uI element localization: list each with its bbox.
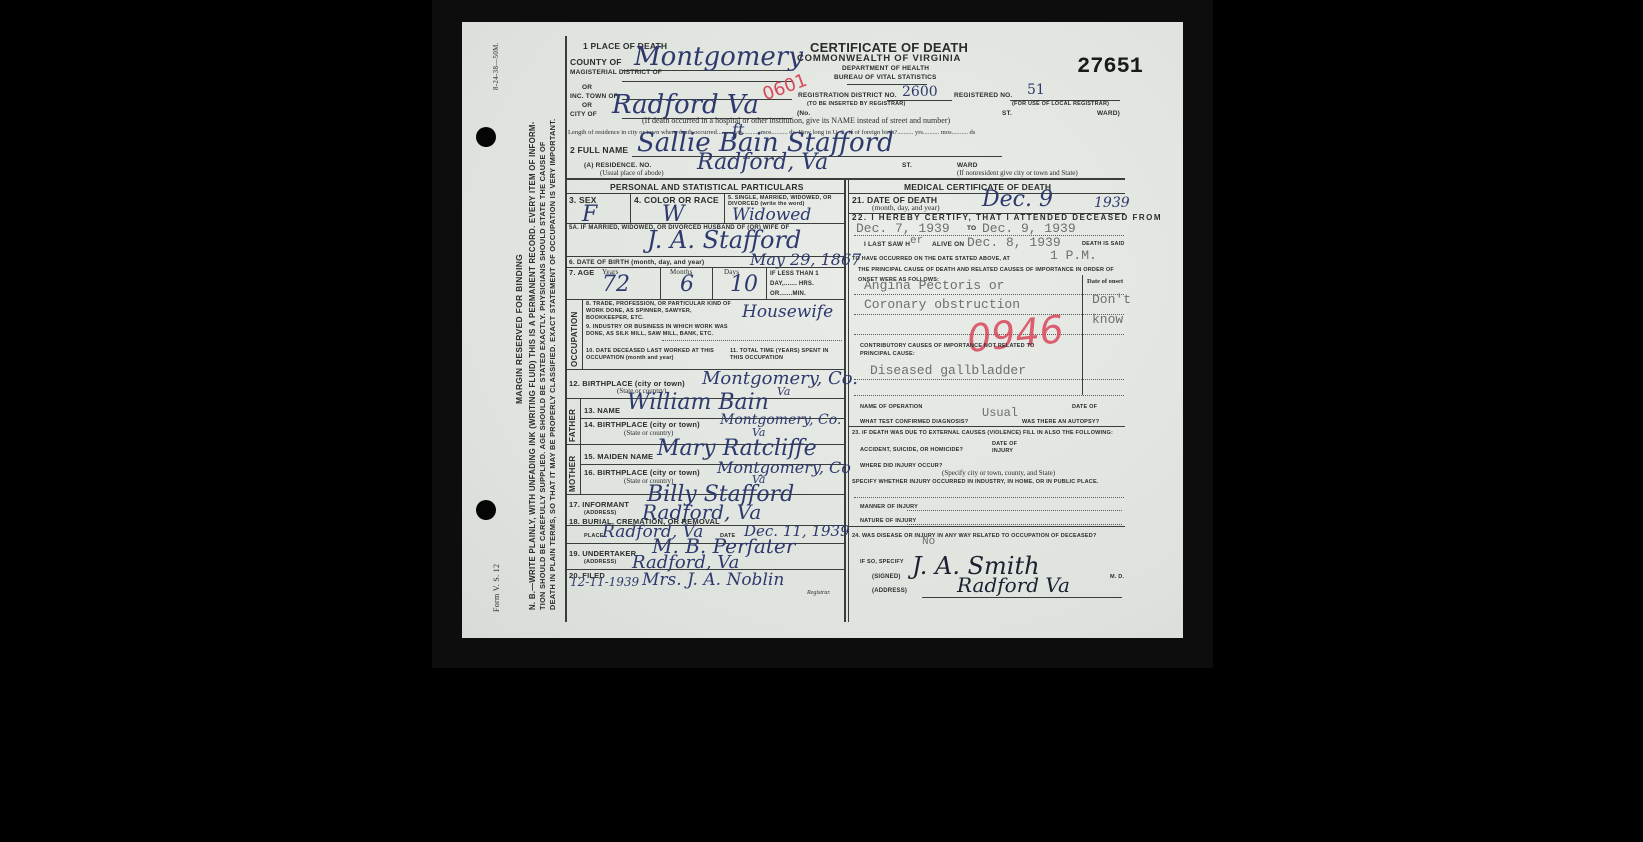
contributory-label: CONTRIBUTORY CAUSES OF IMPORTANCE NOT RE… <box>860 342 1060 358</box>
where-label: WHERE DID INJURY OCCUR? <box>860 463 943 469</box>
column-divider-2 <box>848 180 849 622</box>
cell-divider <box>724 193 725 223</box>
trade-value: Housewife <box>742 302 833 322</box>
address-value: Radford Va <box>957 573 1070 597</box>
row-rule <box>848 526 1125 527</box>
contributory-value: Diseased gallbladder <box>870 363 1026 378</box>
form-left-border <box>565 36 567 622</box>
occupation-related-label: 24. WAS DISEASE OR INJURY IN ANY WAY REL… <box>852 529 1122 543</box>
industry-label: 9. INDUSTRY OR BUSINESS IN WHICH WORK WA… <box>586 324 736 338</box>
or-label-2: OR <box>582 102 592 109</box>
st-label: ST. <box>1002 110 1012 117</box>
personal-header-rule <box>567 193 844 194</box>
last-worked-label: 10. DATE DECEASED LAST WORKED AT THIS OC… <box>586 348 716 362</box>
dotted-line <box>854 395 1124 396</box>
age-label: 7. AGE <box>569 268 595 277</box>
total-time-label: 11. TOTAL TIME (YEARS) SPENT IN THIS OCC… <box>730 348 840 362</box>
full-name-label: 2 FULL NAME <box>570 145 628 155</box>
mother-name-label: 15. MAIDEN NAME <box>584 452 653 461</box>
side-divider <box>582 299 583 369</box>
side-divider <box>580 444 581 494</box>
mother-birthplace-value: Montgomery, Co <box>717 458 851 477</box>
section-divider <box>567 178 1125 180</box>
instructions-line-3: DEATH IN PLAIN TERMS, SO THAT IT MAY BE … <box>548 119 557 611</box>
ward-label: WARD) <box>1097 110 1120 117</box>
undertaker-label: 19. UNDERTAKER <box>569 549 636 558</box>
onset-1: Don't <box>1092 292 1131 307</box>
industry-line <box>662 340 842 341</box>
address-label: (ADDRESS) <box>872 588 907 594</box>
dotted-line <box>854 379 1124 380</box>
hospital-note: (If death occurred in a hospital or othe… <box>642 116 950 125</box>
dotted-line <box>854 294 1124 295</box>
dotted-line <box>907 524 1122 525</box>
operation-date-label: DATE OF <box>1072 404 1097 410</box>
test-value: Usual <box>982 406 1018 420</box>
birthplace-state: Va <box>777 385 791 398</box>
county-label: COUNTY OF <box>570 57 622 67</box>
department: DEPARTMENT OF HEALTH <box>842 65 929 72</box>
registered-no-label: REGISTERED NO. <box>954 92 1012 99</box>
reg-district-note: (TO BE INSERTED BY REGISTRAR) <box>807 101 906 107</box>
county-value: Montgomery <box>634 42 803 72</box>
residence-st-label: ST. <box>902 162 912 169</box>
accident-label: ACCIDENT, SUICIDE, OR HOMICIDE? <box>860 447 963 453</box>
residence-ward-label: WARD <box>957 162 978 169</box>
burial-place-label: PLACE <box>584 533 604 539</box>
row-rule <box>848 426 1125 427</box>
personal-header: PERSONAL AND STATISTICAL PARTICULARS <box>610 182 804 192</box>
cell-divider <box>766 267 767 299</box>
residence-label: (A) RESIDENCE. NO. <box>584 162 652 169</box>
cell-divider <box>712 267 713 299</box>
registered-note: (FOR USE OF LOCAL REGISTRAR) <box>1012 101 1109 107</box>
magisterial-label: MAGISTERIAL DISTRICT OF <box>570 69 662 76</box>
dotted-line <box>907 510 1122 511</box>
occupation-related-value: No <box>922 536 935 548</box>
last-saw-label: I LAST SAW H <box>864 241 910 248</box>
if-so-label: IF SO, SPECIFY <box>860 559 904 565</box>
row-rule <box>567 299 844 300</box>
instructions-line-1: N. B.—WRITE PLAINLY, WITH UNFADING INK (… <box>528 121 537 610</box>
commonwealth: COMMONWEALTH OF VIRGINIA <box>797 53 961 64</box>
dod-year: 1939 <box>1094 195 1130 211</box>
city-label: CITY OF <box>570 111 597 118</box>
form-number: Form V. S. 12 <box>492 564 501 612</box>
occurred-label: TO HAVE OCCURRED ON THE DATE STATED ABOV… <box>852 256 1010 262</box>
father-name-label: 13. NAME <box>584 406 620 415</box>
injury-date-label: DATE OF INJURY <box>992 441 1032 455</box>
punch-hole-bottom <box>476 500 496 520</box>
bureau: BUREAU OF VITAL STATISTICS <box>834 74 937 81</box>
cause-2: Coronary obstruction <box>864 297 1020 312</box>
registrar-value: Mrs. J. A. Noblin <box>642 570 784 590</box>
registered-no-value: 51 <box>1027 82 1045 98</box>
operation-label: NAME OF OPERATION <box>860 404 923 410</box>
print-code: 8-24-38—50M. <box>492 42 500 90</box>
column-divider <box>844 180 846 622</box>
attended-to: Dec. 9, 1939 <box>982 221 1076 236</box>
attended-from: Dec. 7, 1939 <box>856 221 950 236</box>
cell-divider <box>660 267 661 299</box>
cause-1: Angina Pectoris or <box>864 278 1004 293</box>
dod-value: Dec. 9 <box>982 187 1053 212</box>
cell-divider <box>630 193 631 223</box>
undertaker-address-label: (ADDRESS) <box>584 559 616 565</box>
external-causes-label: 23. IF DEATH WAS DUE TO EXTERNAL CAUSES … <box>852 429 1122 437</box>
inc-town-label: INC. TOWN OF <box>570 93 618 100</box>
dob-label: 6. DATE OF BIRTH (month, day, and year) <box>569 259 704 266</box>
punch-hole-top <box>476 127 496 147</box>
test-label: WHAT TEST CONFIRMED DIAGNOSIS? <box>860 419 968 425</box>
age-days: 10 <box>730 272 758 297</box>
informant-address-label: (ADDRESS) <box>584 510 616 516</box>
onset-divider <box>1082 275 1083 395</box>
occupation-side-label: OCCUPATION <box>570 311 579 367</box>
death-said-label: DEATH IS SAID <box>1082 241 1125 247</box>
father-side-label: FATHER <box>568 409 577 442</box>
father-birthplace-label: 14. BIRTHPLACE (city or town) <box>584 420 700 429</box>
or-label: OR <box>582 84 592 91</box>
md-label: M. D. <box>1110 574 1124 580</box>
informant-label: 17. INFORMANT <box>569 500 629 509</box>
where-sublabel: (Specify city or town, county, and State… <box>942 469 1055 477</box>
trade-label: 8. TRADE, PROFESSION, OR PARTICULAR KIND… <box>586 301 736 322</box>
specify-place-label: SPECIFY WHETHER INJURY OCCURRED IN INDUS… <box>852 478 1122 486</box>
last-saw-date: Dec. 8, 1939 <box>967 235 1061 250</box>
address-line <box>922 597 1122 598</box>
last-saw-suffix: er <box>910 235 923 247</box>
dotted-line <box>854 497 1124 498</box>
marital-value: Widowed <box>732 205 811 225</box>
reg-district-label: REGISTRATION DISTRICT NO. <box>798 92 897 99</box>
dod-sublabel: (month, day, and year) <box>872 203 940 212</box>
age-years: 72 <box>602 272 630 297</box>
certificate-number: 27651 <box>1077 54 1143 79</box>
alive-on-label: ALIVE ON <box>932 241 964 248</box>
instructions-line-2: TION SHOULD BE CAREFULLY SUPPLIED. AGE S… <box>538 141 547 610</box>
side-divider <box>580 398 581 444</box>
row-rule <box>567 223 844 224</box>
filed-date: 12-11-1939 <box>570 575 639 589</box>
onset-2: know <box>1092 312 1123 327</box>
residence-value: Radford, Va <box>697 150 828 175</box>
signed-label: (SIGNED) <box>872 574 901 580</box>
mother-side-label: MOTHER <box>568 456 577 492</box>
reg-district-value: 2600 <box>902 84 938 100</box>
onset-header: Date of onset <box>1087 278 1123 285</box>
registrar-label: Registrar. <box>807 590 831 596</box>
residence-sublabel: (Usual place of abode) <box>600 169 664 177</box>
age-months: 6 <box>680 272 694 297</box>
less-than-day-label: IF LESS THAN 1 DAY,....... HRS. OR......… <box>770 269 842 299</box>
mother-birthplace-label: 16. BIRTHPLACE (city or town) <box>584 468 700 477</box>
autopsy-label: WAS THERE AN AUTOPSY? <box>1022 419 1099 425</box>
margin-note: MARGIN RESERVED FOR BINDING <box>514 254 524 404</box>
death-certificate: Form V. S. 12 8-24-38—50M. MARGIN RESERV… <box>462 22 1183 638</box>
nonresident-note: (If nonresident give city or town and St… <box>957 169 1078 177</box>
time-of-death: 1 P.M. <box>1050 248 1097 263</box>
father-birthplace-value: Montgomery, Co. <box>720 412 841 428</box>
to-label: TO <box>967 225 976 232</box>
